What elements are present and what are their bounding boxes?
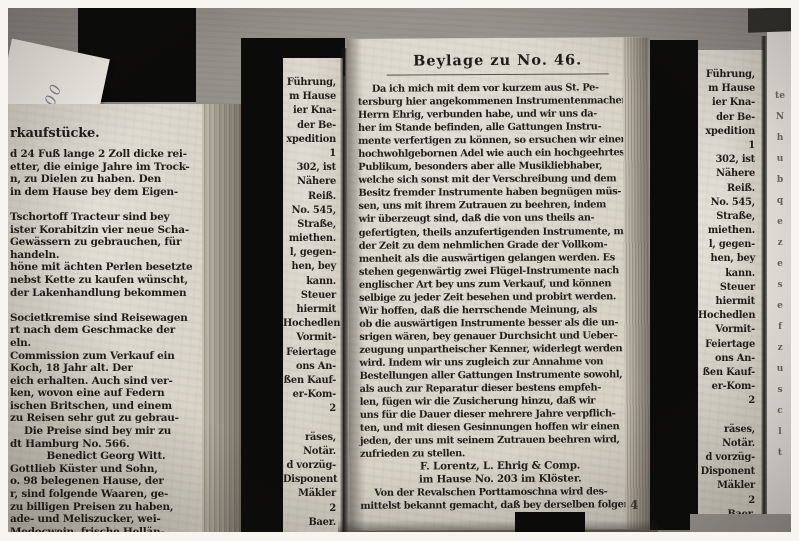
left-page-text-line: Commission zum Verkauf ein <box>10 350 202 363</box>
film-bar-center-right <box>650 40 698 530</box>
under-page-text-fragment: 2 <box>698 394 764 408</box>
under-page-text-fragment: Feiertage <box>283 346 343 360</box>
under-page-text-fragment: Straße, <box>698 210 764 224</box>
supplement-body-line: selbige zu jeder Zeit besehen und probir… <box>359 290 645 305</box>
under-page-text-fragment: Vormit- <box>698 323 764 337</box>
page-top-edge-shadow <box>748 8 791 33</box>
edge-letter: h <box>772 128 788 149</box>
under-page-text-fragment: xpedition <box>283 133 343 147</box>
under-page-text-fragment: Vormit- <box>283 331 343 345</box>
under-page-text-fragment: hiermit <box>698 295 764 309</box>
under-page-text-fragment: 1 <box>698 139 764 153</box>
page-corner-mark: 4 <box>630 498 638 512</box>
under-page-text-fragment: m Hause <box>698 82 764 96</box>
left-page-text-line: zu Reisen sehr gut zu gebrau- <box>10 412 202 425</box>
edge-letter: l <box>772 422 788 443</box>
left-page-text-line: in dem Hause bey dem Eigen- <box>10 186 202 199</box>
under-page-text-fragment: No. 545, <box>698 196 764 210</box>
left-page-text-line: handeln. <box>10 249 202 262</box>
under-page-text-fragment: Reiß. <box>698 182 764 196</box>
under-page-text-fragment: Notär. <box>283 445 343 459</box>
left-page-fore-edge <box>202 104 246 532</box>
under-page-text-fragment: Feiertage <box>698 338 764 352</box>
under-page-text-fragment: räses, <box>698 423 764 437</box>
left-page-text-line: nebst Kette zu kaufen wünscht, <box>10 274 202 287</box>
clipped-edge-letters: teNhubqezesefzusclt <box>772 86 788 464</box>
under-page-text-fragment: er-Kom- <box>698 380 764 394</box>
under-page-left-fragments: Führung,m Hauseier Kna-der Be-xpedition1… <box>283 76 343 530</box>
under-page-text-fragment: Notär. <box>698 437 764 451</box>
under-page-text-fragment: Nähere <box>283 175 343 189</box>
supplement-header: Beylage zu No. 46. <box>347 51 649 70</box>
left-page-text-line: Gottlieb Küster und Sohn, <box>10 463 202 476</box>
supplement-page: Beylage zu No. 46. Da ich mich mit dem v… <box>347 37 652 531</box>
under-page-text-fragment: miethen. <box>283 232 343 246</box>
under-page-text-fragment: l, gegen- <box>698 238 764 252</box>
edge-letter: s <box>772 380 788 401</box>
under-page-text-fragment: ier Kna- <box>283 104 343 118</box>
under-page-text-fragment: er-Kom- <box>283 388 343 402</box>
left-page-text-line: Koch, 18 Jahr alt. Der <box>10 362 202 375</box>
under-page-text-fragment: kann. <box>283 275 343 289</box>
left-page-text-line: ister Korabitzin vier neue Scha- <box>10 224 202 237</box>
left-page-text-line: ken, wovon eine auf Federn <box>10 387 202 400</box>
supplement-footer-line: mittelst bekannt gemacht, daß bey dersel… <box>360 498 646 513</box>
left-page-text-line: eln. <box>10 337 202 350</box>
edge-letter: e <box>772 254 788 275</box>
under-page-text-fragment: Hochedlen <box>698 309 764 323</box>
under-page-right-fragments: Führung,m Hauseier Kna-der Be-xpedition1… <box>698 68 764 522</box>
left-page-heading: rkaufstücke. <box>10 126 99 141</box>
signature-line-address: im Hause No. 203 im Klöster. <box>349 472 651 486</box>
under-page-text-fragment <box>283 417 343 431</box>
edge-letter: N <box>772 107 788 128</box>
under-page-text-fragment: hen, bey <box>698 252 764 266</box>
under-page-column-right: Führung,m Hauseier Kna-der Be-xpedition1… <box>698 50 764 532</box>
left-page-text-line: d 24 Fuß lange 2 Zoll dicke rei- <box>10 148 202 161</box>
under-page-text-fragment: hiermit <box>283 303 343 317</box>
under-page-text-fragment: Mäkler <box>283 487 343 501</box>
under-page-text-fragment: Führung, <box>283 76 343 90</box>
edge-letter: e <box>772 212 788 233</box>
under-page-text-fragment: Mäkler <box>698 479 764 493</box>
supplement-fore-edge <box>622 37 651 529</box>
left-page-text-line: n, zu Dielen zu haben. Den <box>10 173 202 186</box>
left-page-text-column: d 24 Fuß lange 2 Zoll dicke rei-etter, d… <box>10 148 202 532</box>
under-page-text-fragment: ßen Kauf- <box>283 374 343 388</box>
under-page-text-fragment: m Hause <box>283 90 343 104</box>
edge-letter: c <box>772 401 788 422</box>
under-page-text-fragment: der Be- <box>698 111 764 125</box>
left-page-text-line: ischen Britschen, und einem <box>10 400 202 413</box>
under-page-text-fragment: Steuer <box>698 281 764 295</box>
edge-letter: b <box>772 170 788 191</box>
left-page-text-line: Tschortoff Tracteur sind bey <box>10 211 202 224</box>
under-page-text-fragment: 2 <box>283 502 343 516</box>
signature-line-company: F. Lorentz, L. Ehrig & Comp. <box>349 459 651 473</box>
left-page-text-line: o. 98 belegenen Hause, der <box>10 475 202 488</box>
header-rule <box>387 73 609 75</box>
under-page-text-fragment: 2 <box>698 494 764 508</box>
under-page-column-left: Führung,m Hauseier Kna-der Be-xpedition1… <box>283 58 343 532</box>
supplement-body-line: jeden, der uns mit seinem Zutrauen beehr… <box>360 433 646 448</box>
supplement-body-line: menheit als die auswärtigen gelangen wer… <box>359 251 645 266</box>
left-page-text-line: Gewässern zu gebrauchen, für <box>10 236 202 249</box>
under-page-text-fragment: Reiß. <box>283 190 343 204</box>
left-page-text-line: etter, die einige Jahre im Trock- <box>10 161 202 174</box>
bottom-right-surface <box>690 514 791 532</box>
edge-letter: u <box>772 359 788 380</box>
supplement-footer-notice: Von der Revalschen Porttamoschna wird de… <box>360 485 646 513</box>
left-book-page: rkaufstücke. d 24 Fuß lange 2 Zoll dicke… <box>8 104 246 532</box>
under-page-text-fragment: Hochedlen <box>283 317 343 331</box>
left-page-text-line: eich erhalten. Auch sind ver- <box>10 375 202 388</box>
under-page-text-fragment: xpedition <box>698 125 764 139</box>
left-page-text-line: Die Preise sind bey mir zu <box>10 425 202 438</box>
under-page-text-fragment: 1 <box>283 147 343 161</box>
under-page-text-fragment: 302, ist <box>698 153 764 167</box>
left-page-text-line <box>10 198 202 211</box>
under-page-text-fragment: Steuer <box>283 289 343 303</box>
under-page-text-fragment: d vorzüg- <box>283 459 343 473</box>
left-page-text-line: r, sind folgende Waaren, ge- <box>10 488 202 501</box>
supplement-body-column: Da ich mich mit dem vor kurzem aus St. P… <box>358 81 646 461</box>
book-photograph: 1800 rkaufstücke. d 24 Fuß lange 2 Zoll … <box>8 8 791 532</box>
under-page-text-fragment <box>698 409 764 423</box>
edge-letter: z <box>772 338 788 359</box>
supplement-body-line: gefertigten, theils anzufertigenden Inst… <box>359 225 645 240</box>
under-page-text-fragment: ons An- <box>698 352 764 366</box>
film-bar-center-left <box>241 44 283 532</box>
under-page-text-fragment: 2 <box>283 402 343 416</box>
bottom-dark-patch <box>515 512 585 532</box>
under-page-text-fragment: Baer. <box>283 516 343 530</box>
under-page-text-fragment: No. 545, <box>283 204 343 218</box>
supplement-gutter-shadow <box>347 39 366 531</box>
edge-letter: te <box>772 86 788 107</box>
under-page-text-fragment: Führung, <box>698 68 764 82</box>
edge-letter: z <box>772 233 788 254</box>
film-scan-frame: 1800 rkaufstücke. d 24 Fuß lange 2 Zoll … <box>0 0 799 541</box>
left-page-text-line: zu billigen Preisen zu haben, <box>10 501 202 514</box>
left-page-text-line: dt Hamburg No. 566. <box>10 438 202 451</box>
under-page-text-fragment: d vorzüg- <box>698 451 764 465</box>
left-page-text-line: höne mit ächten Perlen besetzte <box>10 261 202 274</box>
left-page-text-line: Medocwein, frische Hellän- <box>10 526 202 532</box>
under-page-text-fragment: 302, ist <box>283 161 343 175</box>
under-page-text-fragment: kann. <box>698 267 764 281</box>
page-bottom-shadow <box>338 520 658 532</box>
edge-letter: s <box>772 275 788 296</box>
left-page-text-line: rt nach dem Geschmacke der <box>10 324 202 337</box>
left-page-text-line: Benedict Georg Witt. <box>10 450 202 463</box>
supplement-body-line: sen, uns mit ihrem Zutrauen zu beehren, … <box>358 199 644 214</box>
under-page-text-fragment: Disponent <box>698 465 764 479</box>
left-page-text-line: der Lakenhandlung bekommen <box>10 287 202 300</box>
supplement-body-line: stehen gegenwärtig zwei Flügel-Instrumen… <box>359 264 645 279</box>
under-page-text-fragment: miethen. <box>698 224 764 238</box>
under-page-text-fragment: der Be- <box>283 119 343 133</box>
under-page-text-fragment: ßen Kauf- <box>698 366 764 380</box>
under-page-text-fragment: Disponent <box>283 473 343 487</box>
under-page-text-fragment: ier Kna- <box>698 96 764 110</box>
edge-letter: e <box>772 296 788 317</box>
edge-letter: t <box>772 443 788 464</box>
under-page-text-fragment: Straße, <box>283 218 343 232</box>
supplement-body-line: tersburg hier angekommenen Instrumentenm… <box>358 94 644 109</box>
left-page-text-line: ade- und Meliszucker, wei- <box>10 513 202 526</box>
left-page-text-line <box>10 299 202 312</box>
left-page-text-line: Societkremise sind Reisewagen <box>10 312 202 325</box>
under-page-text-fragment: räses, <box>283 431 343 445</box>
under-page-text-fragment: hen, bey <box>283 260 343 274</box>
edge-letter: u <box>772 149 788 170</box>
supplement-body-line: Bestellungen aller Gattungen Instrumente… <box>360 368 646 383</box>
under-page-text-fragment: ons An- <box>283 360 343 374</box>
edge-letter: f <box>772 317 788 338</box>
supplement-body-line: der Zeit zu dem nehmlichen Grade der Vol… <box>359 238 645 253</box>
under-page-text-fragment: Nähere <box>698 167 764 181</box>
under-page-text-fragment: l, gegen- <box>283 246 343 260</box>
edge-letter: q <box>772 191 788 212</box>
